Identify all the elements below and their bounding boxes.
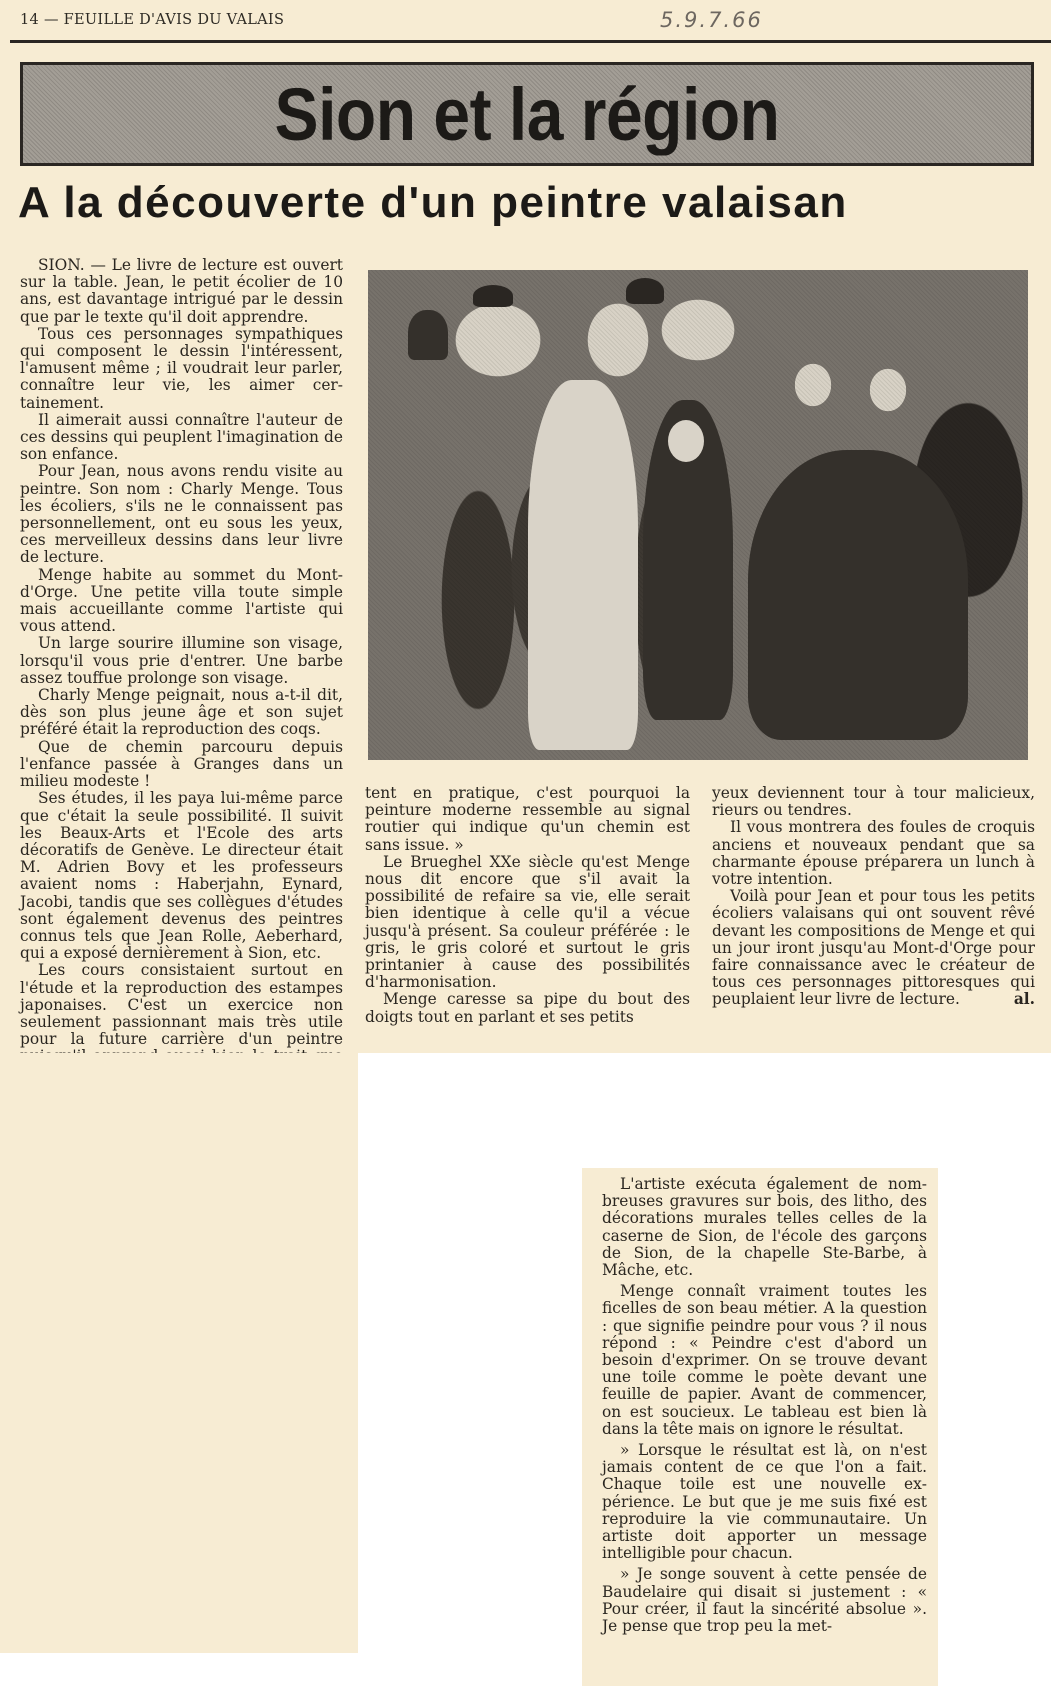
paragraph: Ses études, il les paya lui-même parce q… — [20, 790, 343, 962]
paragraph-text: Voilà pour Jean et pour tous les petits … — [712, 887, 1035, 1008]
paragraph: Il vous montrera des foules de cro­quis … — [712, 819, 1035, 888]
figure-group-dark-shape — [748, 450, 968, 740]
figure-head-shape — [408, 310, 448, 360]
paragraph: » Je songe souvent à cette pensée de Bau… — [602, 1566, 927, 1635]
article-column-second-clipping: L'artiste exécuta également de nom­breus… — [602, 1176, 927, 1639]
painting-photo — [368, 270, 1028, 760]
paragraph: Tous ces personnages sympathiques qui co… — [20, 326, 343, 412]
paragraph: Charly Menge peignait, nous a-t-il dit, … — [20, 687, 343, 739]
handwritten-date: 5.9.7.66 — [660, 8, 763, 32]
paragraph: Menge caresse sa pipe du bout des doigts… — [365, 991, 690, 1025]
paragraph: Pour Jean, nous avons rendu visite au pe… — [20, 463, 343, 566]
clipping-second: L'artiste exécuta également de nom­breus… — [582, 1168, 938, 1686]
author-signature: al. — [996, 991, 1035, 1008]
paragraph: Que de chemin parcouru depuis l'enfance … — [20, 739, 343, 791]
masthead: 14 — FEUILLE D'AVIS DU VALAIS 5.9.7.66 — [20, 10, 1040, 40]
hat-shape — [473, 285, 513, 307]
figure-white-dress-shape — [528, 380, 638, 750]
section-title: Sion et la région — [275, 71, 780, 156]
article-column-right: yeux deviennent tour à tour mali­cieux, … — [712, 785, 1035, 1009]
clipping-main: 14 — FEUILLE D'AVIS DU VALAIS 5.9.7.66 S… — [0, 0, 1051, 1053]
paragraph: Menge habite au sommet du Mont-d'Orge. U… — [20, 567, 343, 636]
paragraph: Le Brueghel XXe siècle qu'est Men­ge nou… — [365, 854, 690, 992]
paragraph: SION. — Le livre de lecture est ouvert s… — [20, 257, 343, 326]
article-column-middle: tent en pratique, c'est pourquoi la pein… — [365, 785, 690, 1026]
paragraph: yeux deviennent tour à tour mali­cieux, … — [712, 785, 1035, 819]
paragraph: Voilà pour Jean et pour tous les petits … — [712, 888, 1035, 1008]
paragraph: Un large sourire illumine son vi­sage, l… — [20, 635, 343, 687]
paragraph: » Lorsque le résultat est là, on n'est j… — [602, 1442, 927, 1562]
clipping-main-left-extension — [0, 1053, 358, 1653]
section-banner: Sion et la région — [20, 62, 1034, 166]
paragraph: Il aimerait aussi connaître l'auteur de … — [20, 412, 343, 464]
hat-shape — [626, 278, 664, 304]
paragraph: L'artiste exécuta également de nom­breus… — [602, 1176, 927, 1279]
paragraph: Menge connaît vraiment toutes les ficell… — [602, 1283, 927, 1438]
masthead-rule — [10, 40, 1051, 43]
figure-face-shape — [668, 420, 704, 462]
paragraph: tent en pratique, c'est pourquoi la pein… — [365, 785, 690, 854]
page-label: 14 — FEUILLE D'AVIS DU VALAIS — [20, 12, 284, 28]
article-headline: A la découverte d'un peintre valaisan — [18, 178, 1038, 228]
